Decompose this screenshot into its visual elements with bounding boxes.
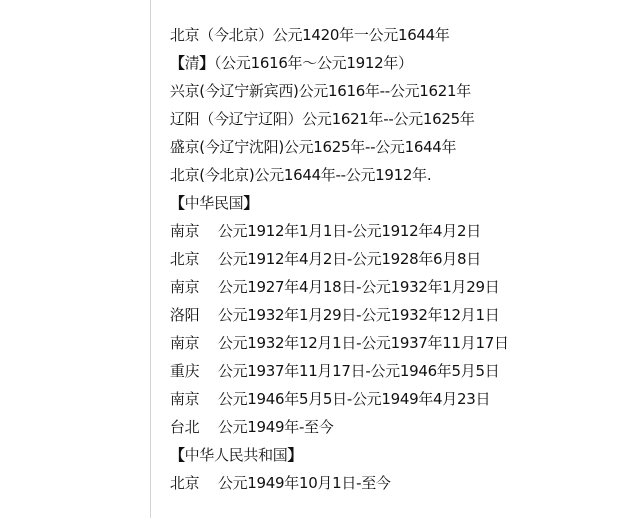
heading-title: 清 — [185, 54, 200, 72]
entry-city: 南京 — [170, 273, 218, 301]
entry-city: 南京 — [170, 329, 218, 357]
line-text: 盛京(今辽宁沈阳)公元1625年--公元1644年 — [170, 138, 456, 156]
heading-open-bracket: 【 — [170, 194, 185, 212]
line-text: 北京（今北京）公元1420年一公元1644年 — [170, 26, 450, 44]
heading-open-bracket: 【 — [170, 446, 185, 464]
line-text: 兴京(今辽宁新宾西)公元1616年--公元1621年 — [170, 82, 471, 100]
heading-title: 中华人民共和国 — [185, 446, 288, 464]
entry-city: 洛阳 — [170, 301, 218, 329]
entry-period: 公元1946年5月5日-公元1949年4月23日 — [218, 390, 490, 408]
entry-city: 北京 — [170, 469, 218, 497]
entry-period: 公元1912年4月2日-公元1928年6月8日 — [218, 250, 481, 268]
document-body: 北京（今北京）公元1420年一公元1644年 【清】（公元1616年～公元191… — [152, 0, 622, 469]
entry-period: 公元1949年10月1日-至今 — [218, 474, 391, 492]
page-left-border — [150, 0, 151, 518]
entry-city: 南京 — [170, 217, 218, 245]
heading-title: 中华民国 — [185, 194, 244, 212]
entry-period: 公元1932年1月29日-公元1932年12月1日 — [218, 306, 500, 324]
entry-city: 重庆 — [170, 357, 218, 385]
heading-close-bracket: 】 — [199, 54, 214, 72]
heading-close-bracket: 】 — [243, 194, 258, 212]
text-line: 北京（今北京）公元1420年一公元1644年 — [152, 0, 622, 21]
entry-city: 北京 — [170, 245, 218, 273]
entry-period: 公元1937年11月17日-公元1946年5月5日 — [218, 362, 500, 380]
entry-period: 公元1912年1月1日-公元1912年4月2日 — [218, 222, 481, 240]
entry-period: 公元1927年4月18日-公元1932年1月29日 — [218, 278, 500, 296]
heading-close-bracket: 】 — [287, 446, 302, 464]
heading-open-bracket: 【 — [170, 54, 185, 72]
line-text: 辽阳（今辽宁辽阳）公元1621年--公元1625年 — [170, 110, 475, 128]
entry-city: 南京 — [170, 385, 218, 413]
entry-period: 公元1949年-至今 — [218, 418, 334, 436]
entry-period: 公元1932年12月1日-公元1937年11月17日 — [218, 334, 509, 352]
entry-city: 台北 — [170, 413, 218, 441]
line-text: 北京(今北京)公元1644年--公元1912年. — [170, 166, 431, 184]
heading-suffix: （公元1616年～公元1912年） — [214, 54, 413, 72]
